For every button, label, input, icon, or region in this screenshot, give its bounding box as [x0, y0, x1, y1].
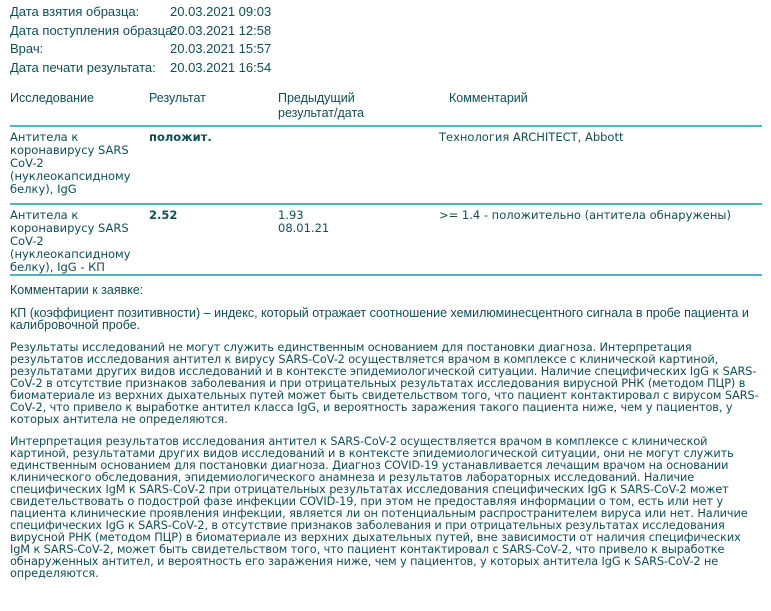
meta-value: 20.03.2021 12:58 [170, 22, 271, 41]
comment: Технология ARCHITECT, Abbott [439, 131, 623, 144]
result-value: положит. [149, 131, 212, 144]
doctor-row: Врач:20.03.2021 15:57 [10, 40, 271, 59]
test-name: Антитела к коронавирусу SARS CoV-2 (нукл… [10, 209, 140, 274]
meta-label: Дата взятия образца: [10, 3, 170, 22]
meta-label: Дата печати результата: [10, 59, 170, 78]
print-date-row: Дата печати результата:20.03.2021 16:54 [10, 59, 271, 78]
meta-label: Врач: [10, 40, 170, 59]
interpretation-paragraph-1: Результаты исследований не могут служить… [10, 342, 762, 426]
sample-received-row: Дата поступления образца:20.03.2021 12:5… [10, 22, 271, 41]
header-previous: Предыдущий результат/дата [278, 91, 388, 121]
header-result: Результат [149, 91, 206, 106]
order-comments: Комментарии к заявке: КП (коэффициент по… [10, 283, 762, 590]
sample-info: Дата взятия образца:20.03.2021 09:03 Дат… [10, 3, 271, 77]
sample-taken-row: Дата взятия образца:20.03.2021 09:03 [10, 3, 271, 22]
test-name: Антитела к коронавирусу SARS CoV-2 (нукл… [10, 131, 140, 196]
previous-result: 1.93 08.01.21 [278, 209, 329, 235]
comment: >= 1.4 - положительно (антитела обнаруже… [439, 209, 731, 222]
header-test: Исследование [10, 91, 94, 106]
comments-title: Комментарии к заявке: [10, 283, 762, 298]
table-row: Антитела к коронавирусу SARS CoV-2 (нукл… [10, 127, 762, 205]
meta-value: 20.03.2021 09:03 [170, 3, 271, 22]
result-value: 2.52 [149, 209, 177, 222]
table-header: Исследование Результат Предыдущий резуль… [10, 91, 762, 127]
meta-value: 20.03.2021 16:54 [170, 59, 271, 78]
meta-value: 20.03.2021 15:57 [170, 40, 271, 59]
header-comment: Комментарий [449, 91, 528, 106]
table-row: Антитела к коронавирусу SARS CoV-2 (нукл… [10, 205, 762, 276]
kp-definition: КП (коэффициент позитивности) – индекс, … [10, 307, 762, 331]
results-table: Исследование Результат Предыдущий резуль… [10, 91, 762, 276]
interpretation-paragraph-2: Интерпретация результатов исследования а… [10, 436, 762, 580]
meta-label: Дата поступления образца: [10, 22, 170, 41]
